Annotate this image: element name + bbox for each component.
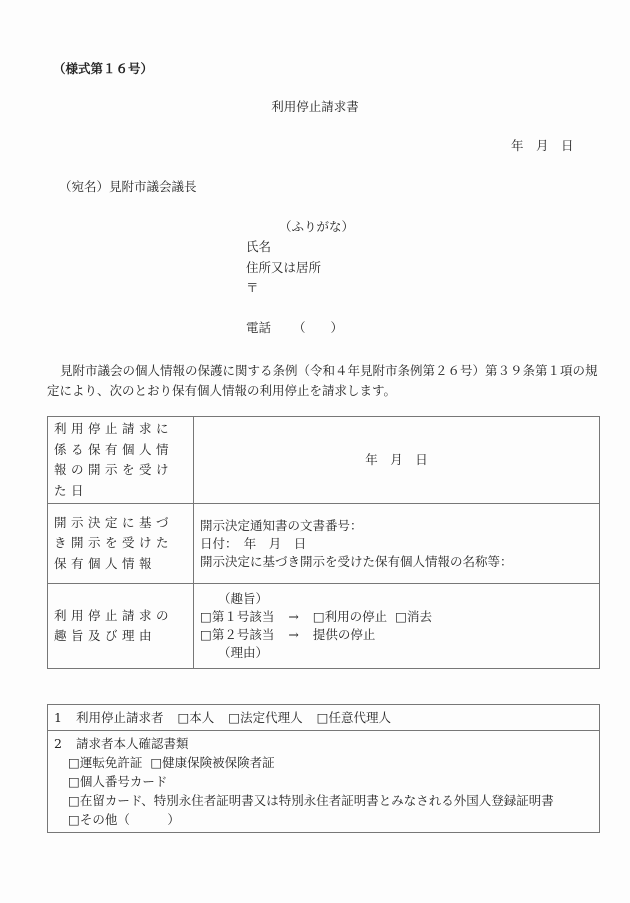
page-title: 利用停止請求書 [0,101,630,114]
checkbox-item-1[interactable]: □ [200,609,212,624]
requester-type-label: 利用停止請求者 [76,710,164,725]
requester-info-table: 1利用停止請求者□本人□法定代理人□任意代理人 2請求者本人確認書類 □運転免許… [47,704,600,833]
checkbox-erasure[interactable]: □ [395,609,407,624]
request-date-field[interactable]: 年 月 日 [511,140,574,153]
checkbox-residence-card[interactable]: □ [68,793,80,808]
checkbox-voluntary-agent[interactable]: □ [317,710,329,725]
phone-field[interactable]: （ ） [293,322,343,335]
residence-card-label: 在留カード、特別永住者証明書又は特別永住者証明書とみなされる外国人登録証明書 [80,793,554,808]
purpose-reason-cell: （趣旨） □第１号該当→□利用の停止□消去 □第２号該当→提供の停止 （理由） [194,584,600,669]
self-label: 本人 [189,710,214,725]
intro-paragraph: 見附市議会の個人情報の保護に関する条例（令和４年見附市条例第２６号）第３９条第１… [47,361,607,401]
row-label-disclosed-info: 開示決定に基づき開示を受けた保有個人情報 [48,504,194,584]
checkbox-my-number-card[interactable]: □ [68,774,80,789]
section-number: 2 [54,736,62,751]
row-label-purpose-reason: 利用停止請求の趣旨及び理由 [48,584,194,669]
voluntary-agent-label: 任意代理人 [328,710,391,725]
my-number-card-label: 個人番号カード [80,774,168,789]
other-document-field[interactable]: その他（ ） [80,812,180,827]
notice-date-line: 日付： 年 月 日 [200,535,593,553]
table-row: 2請求者本人確認書類 □運転免許証□健康保険被保険者証 □個人番号カード □在留… [48,731,600,833]
checkbox-item-2[interactable]: □ [200,627,212,642]
disclosure-date-field[interactable]: 年 月 日 [194,417,600,504]
option-item-2: □第２号該当→提供の停止 [200,626,593,644]
checkbox-other[interactable]: □ [68,812,80,827]
health-insurance-label: 健康保険被保険者証 [162,755,275,770]
form-number: （様式第１６号） [53,63,153,76]
checkbox-health-insurance[interactable]: □ [150,755,162,770]
option-item-1: □第１号該当→□利用の停止□消去 [200,608,593,626]
address-label: 住所又は居所 [246,262,321,275]
provision-stop-label: 提供の停止 [313,627,376,642]
row-label-disclosure-date: 利用停止請求に係る保有個人情報の開示を受けた日 [48,417,194,504]
checkbox-self[interactable]: □ [177,710,189,725]
addressee: （宛名）見附市議会議長 [59,181,197,194]
checkbox-usage-stop[interactable]: □ [313,609,325,624]
table-row: 1利用停止請求者□本人□法定代理人□任意代理人 [48,705,600,731]
arrow-icon: → [288,627,298,642]
id-documents-cell: 2請求者本人確認書類 □運転免許証□健康保険被保険者証 □個人番号カード □在留… [48,731,600,833]
table-row: 利用停止請求の趣旨及び理由 （趣旨） □第１号該当→□利用の停止□消去 □第２号… [48,584,600,669]
purpose-heading: （趣旨） [200,590,593,608]
erasure-label: 消去 [407,609,432,624]
drivers-license-label: 運転免許証 [80,755,143,770]
usage-stop-label: 利用の停止 [325,609,388,624]
id-documents-label: 請求者本人確認書類 [76,736,189,751]
info-name-line: 開示決定に基づき開示を受けた保有個人情報の名称等： [200,553,593,571]
phone-label: 電話 [246,322,271,335]
furigana-label: （ふりがな） [279,221,354,234]
checkbox-drivers-license[interactable]: □ [68,755,80,770]
table-row: 利用停止請求に係る保有個人情報の開示を受けた日 年 月 日 [48,417,600,504]
requester-type-cell: 1利用停止請求者□本人□法定代理人□任意代理人 [48,705,600,731]
disclosed-info-cell[interactable]: 開示決定通知書の文書番号： 日付： 年 月 日 開示決定に基づき開示を受けた保有… [194,504,600,584]
name-label: 氏名 [246,241,271,254]
option-2-label: 第２号該当 [212,627,275,642]
request-details-table: 利用停止請求に係る保有個人情報の開示を受けた日 年 月 日 開示決定に基づき開示… [47,416,600,669]
section-number: 1 [54,710,62,725]
arrow-icon: → [288,609,298,624]
legal-agent-label: 法定代理人 [240,710,303,725]
option-1-label: 第１号該当 [212,609,275,624]
table-row: 開示決定に基づき開示を受けた保有個人情報 開示決定通知書の文書番号： 日付： 年… [48,504,600,584]
notice-doc-number-line: 開示決定通知書の文書番号： [200,517,593,535]
reason-heading: （理由） [200,644,593,662]
checkbox-legal-agent[interactable]: □ [228,710,240,725]
postal-mark: 〒 [246,282,259,295]
